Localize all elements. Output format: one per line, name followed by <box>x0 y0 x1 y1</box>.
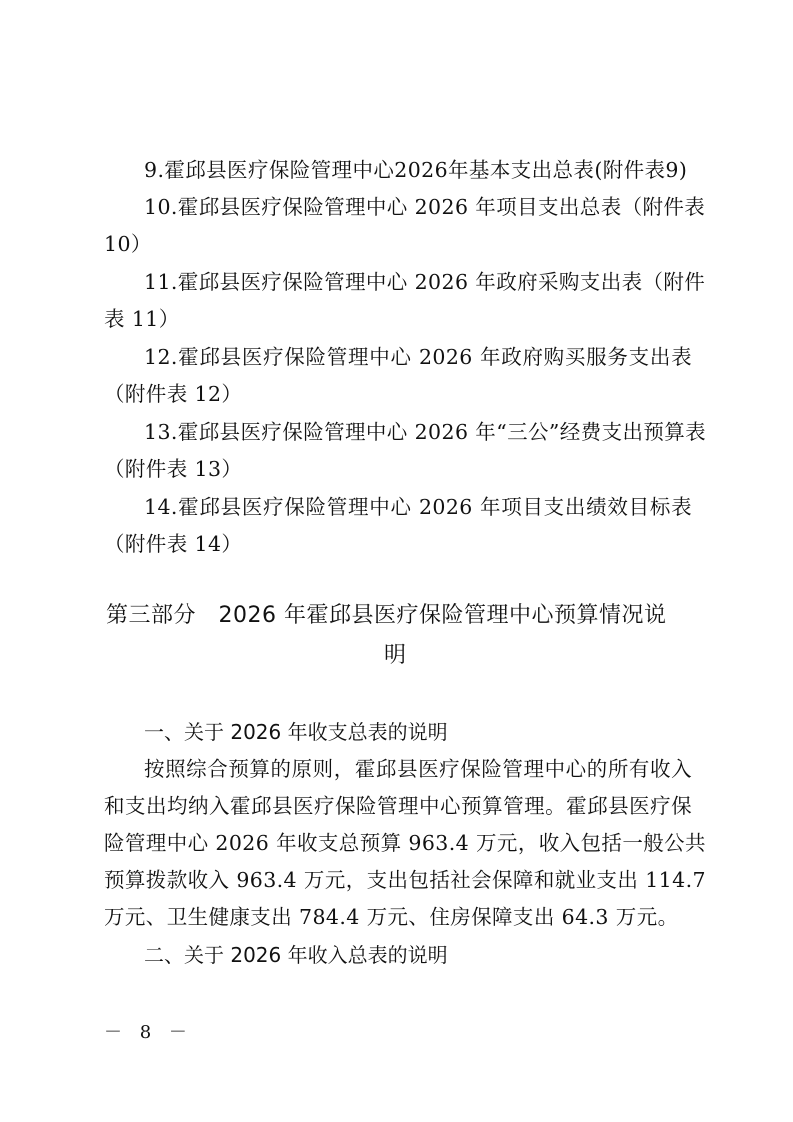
attachment-item-14-line1: 14.霍邱县医疗保险管理中心 2026 年项目支出绩效目标表 <box>144 495 692 519</box>
section-1-heading: 一、关于 2026 年收支总表的说明 <box>144 720 448 744</box>
section-1-paragraph-line: 预算拨款收入 963.4 万元，支出包括社会保障和就业支出 114.7 <box>104 868 692 892</box>
paragraph-text: 按照综合预算的原则，霍邱县医疗保险管理中心的所有收入 <box>144 757 692 781</box>
attachment-item-11: 11.霍邱县医疗保险管理中心 2026 年政府采购支出表（附件 <box>144 270 692 294</box>
attachment-item-11-line2: 表 11） <box>104 307 180 331</box>
attachment-item-12-line1: 12.霍邱县医疗保险管理中心 2026 年政府购买服务支出表 <box>144 345 692 369</box>
page-number: － 8 － <box>104 1018 193 1044</box>
section-1-paragraph-line: 险管理中心 2026 年收支总预算 963.4 万元，收入包括一般公共 <box>104 831 692 855</box>
paragraph-text: 预算拨款收入 963.4 万元，支出包括社会保障和就业支出 114.7 <box>104 868 692 892</box>
attachment-item-13-line2: （附件表 13） <box>104 457 242 481</box>
attachment-item-14: 14.霍邱县医疗保险管理中心 2026 年项目支出绩效目标表 <box>144 495 692 519</box>
attachment-item-12: 12.霍邱县医疗保险管理中心 2026 年政府购买服务支出表 <box>144 345 692 369</box>
attachment-item-13: 13.霍邱县医疗保险管理中心 2026 年“三公”经费支出预算表 <box>144 420 692 444</box>
part-heading-line2: 明 <box>384 643 407 669</box>
attachment-item-13-line1: 13.霍邱县医疗保险管理中心 2026 年“三公”经费支出预算表 <box>144 420 692 444</box>
section-1-paragraph-line: 和支出均纳入霍邱县医疗保险管理中心预算管理。霍邱县医疗保 <box>104 794 692 818</box>
section-1-paragraph-line: 按照综合预算的原则，霍邱县医疗保险管理中心的所有收入 <box>144 757 692 781</box>
paragraph-text: 险管理中心 2026 年收支总预算 963.4 万元，收入包括一般公共 <box>104 831 692 855</box>
attachment-item-10: 10.霍邱县医疗保险管理中心 2026 年项目支出总表（附件表 <box>144 195 692 219</box>
attachment-item-11-line1: 11.霍邱县医疗保险管理中心 2026 年政府采购支出表（附件 <box>144 270 692 294</box>
section-1-paragraph-line-last: 万元、卫生健康支出 784.4 万元、住房保障支出 64.3 万元。 <box>104 905 679 929</box>
section-2-heading: 二、关于 2026 年收入总表的说明 <box>144 943 448 967</box>
attachment-item-12-line2: （附件表 12） <box>104 382 242 406</box>
attachment-item-10-line2: 10） <box>104 232 152 256</box>
part-heading-line1: 第三部分 2026 年霍邱县医疗保险管理中心预算情况说 <box>106 603 666 629</box>
paragraph-text: 和支出均纳入霍邱县医疗保险管理中心预算管理。霍邱县医疗保 <box>104 794 692 818</box>
attachment-item-14-line2: （附件表 14） <box>104 532 242 556</box>
attachment-item-9: 9.霍邱县医疗保险管理中心2026年基本支出总表(附件表9) <box>144 158 687 182</box>
document-page: 9.霍邱县医疗保险管理中心2026年基本支出总表(附件表9) 10.霍邱县医疗保… <box>0 0 793 1122</box>
attachment-item-10-line1: 10.霍邱县医疗保险管理中心 2026 年项目支出总表（附件表 <box>144 195 692 219</box>
